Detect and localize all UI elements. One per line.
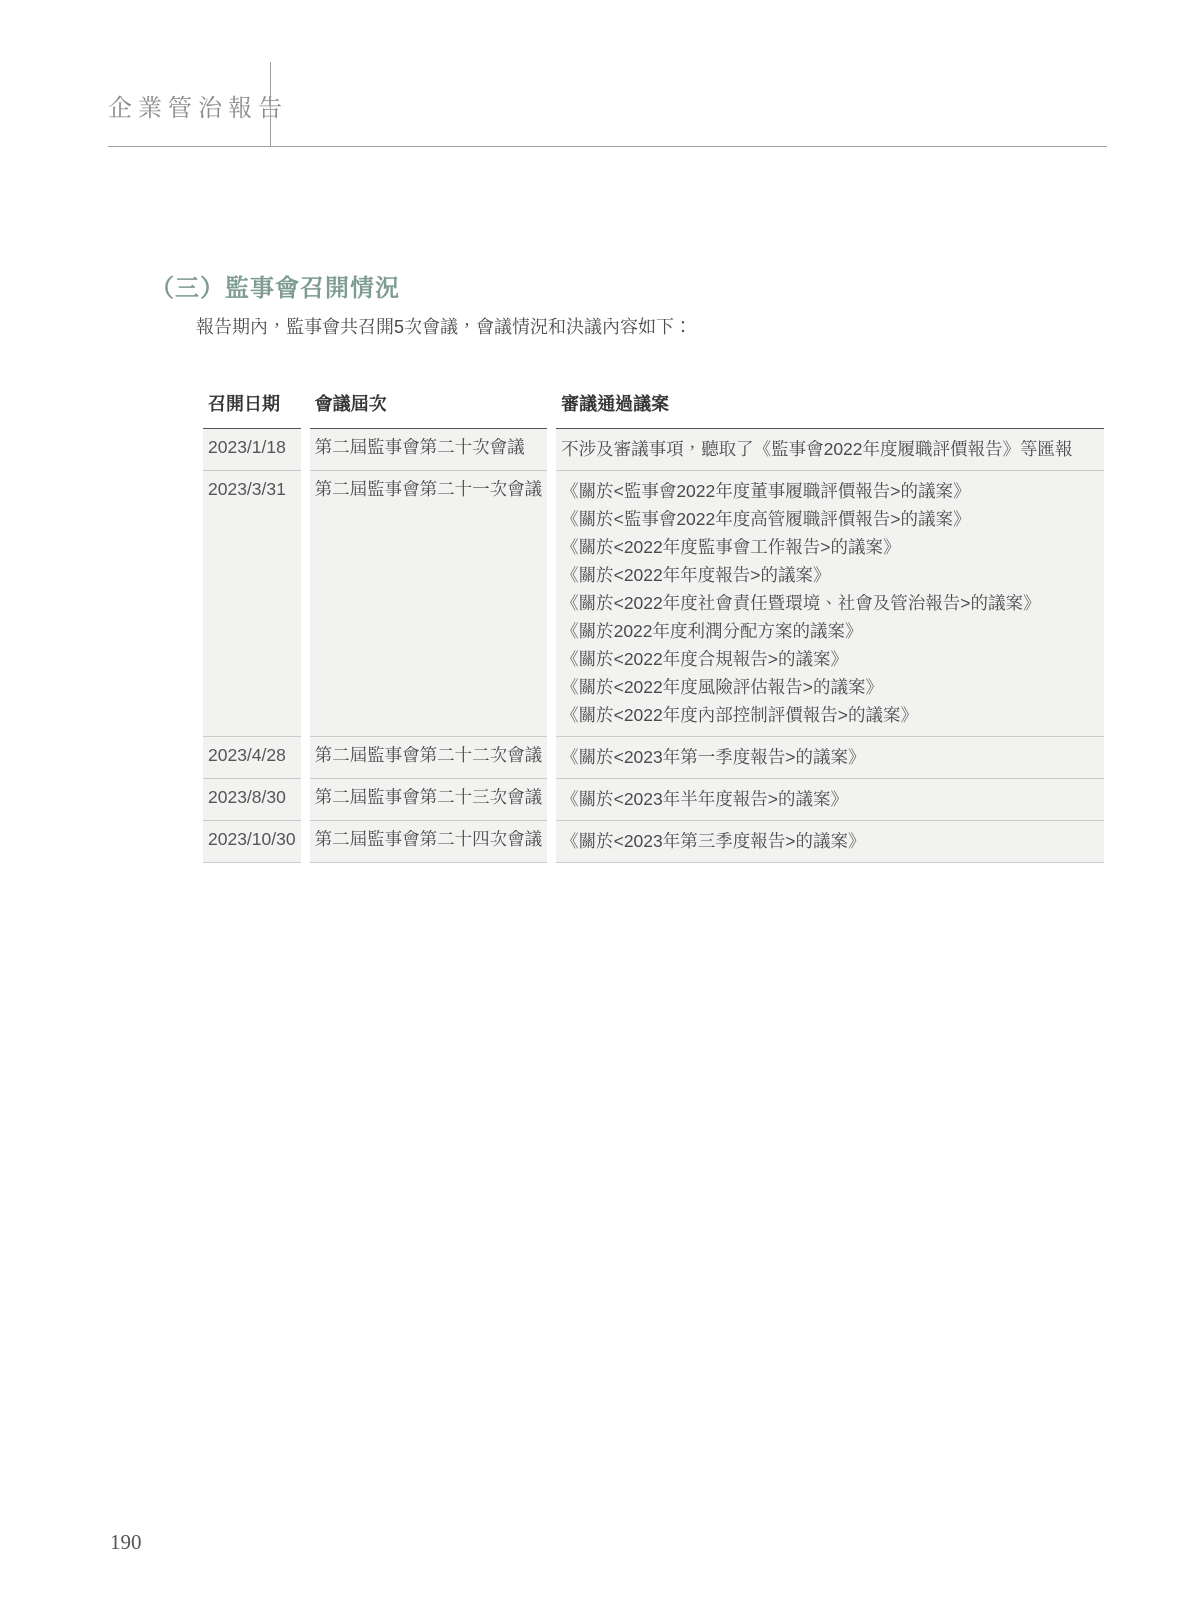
table-row: 2023/4/28 第二屆監事會第二十二次會議 《關於<2023年第一季度報告>… — [203, 737, 1104, 779]
resolution-item: 《關於<2022年度風險評估報告>的議案》 — [561, 673, 1099, 701]
section-title: （三）監事會召開情況 — [150, 268, 400, 303]
col-header-resolutions: 審議通過議案 — [556, 384, 1104, 429]
meeting-date: 2023/3/31 — [203, 471, 301, 737]
header-vertical-divider — [270, 62, 271, 147]
resolution-item: 《關於<2022年年度報告>的議案》 — [561, 561, 1099, 589]
meeting-resolutions: 《關於<2023年第三季度報告>的議案》 — [556, 821, 1104, 863]
table-row: 2023/1/18 第二屆監事會第二十次會議 不涉及審議事項，聽取了《監事會20… — [203, 429, 1104, 471]
document-page: 企業管治報告 （三）監事會召開情況 報告期內，監事會共召開5次會議，會議情況和決… — [0, 0, 1190, 1615]
col-header-session: 會議屆次 — [310, 384, 548, 429]
resolution-item: 《關於<2022年度監事會工作報告>的議案》 — [561, 533, 1099, 561]
resolution-item: 《關於<監事會2022年度高管履職評價報告>的議案》 — [561, 505, 1099, 533]
table-row: 2023/10/30 第二屆監事會第二十四次會議 《關於<2023年第三季度報告… — [203, 821, 1104, 863]
meeting-resolutions: 《關於<2023年第一季度報告>的議案》 — [556, 737, 1104, 779]
resolution-item: 《關於<2022年度內部控制評價報告>的議案》 — [561, 701, 1099, 729]
header-horizontal-divider — [108, 146, 1107, 147]
col-header-date: 召開日期 — [203, 384, 301, 429]
page-number: 190 — [110, 1530, 142, 1555]
meeting-session: 第二屆監事會第二十二次會議 — [310, 737, 548, 779]
resolution-item: 《關於<2023年第三季度報告>的議案》 — [561, 827, 1099, 855]
resolution-item: 《關於<2023年半年度報告>的議案》 — [561, 785, 1099, 813]
resolution-item: 《關於<2023年第一季度報告>的議案》 — [561, 743, 1099, 771]
resolution-item: 《關於<2022年度社會責任暨環境、社會及管治報告>的議案》 — [561, 589, 1099, 617]
resolution-item: 《關於<監事會2022年度董事履職評價報告>的議案》 — [561, 477, 1099, 505]
resolution-item: 《關於<2022年度合規報告>的議案》 — [561, 645, 1099, 673]
table-row: 2023/3/31 第二屆監事會第二十一次會議 《關於<監事會2022年度董事履… — [203, 471, 1104, 737]
meeting-date: 2023/8/30 — [203, 779, 301, 821]
resolution-item: 《關於2022年度利潤分配方案的議案》 — [561, 617, 1099, 645]
meeting-resolutions: 《關於<2023年半年度報告>的議案》 — [556, 779, 1104, 821]
meetings-table: 召開日期 會議屆次 審議通過議案 2023/1/18 第二屆監事會第二十次會議 … — [194, 384, 1113, 863]
report-title: 企業管治報告 — [108, 88, 288, 123]
meeting-date: 2023/10/30 — [203, 821, 301, 863]
meeting-resolutions: 《關於<監事會2022年度董事履職評價報告>的議案》 《關於<監事會2022年度… — [556, 471, 1104, 737]
meeting-session: 第二屆監事會第二十次會議 — [310, 429, 548, 471]
meeting-session: 第二屆監事會第二十四次會議 — [310, 821, 548, 863]
table-header-row: 召開日期 會議屆次 審議通過議案 — [203, 384, 1104, 429]
table-row: 2023/8/30 第二屆監事會第二十三次會議 《關於<2023年半年度報告>的… — [203, 779, 1104, 821]
section-intro: 報告期內，監事會共召開5次會議，會議情況和決議內容如下： — [196, 315, 692, 339]
meeting-session: 第二屆監事會第二十一次會議 — [310, 471, 548, 737]
meeting-resolutions: 不涉及審議事項，聽取了《監事會2022年度履職評價報告》等匯報 — [556, 429, 1104, 471]
meeting-date: 2023/1/18 — [203, 429, 301, 471]
meeting-date: 2023/4/28 — [203, 737, 301, 779]
resolution-item: 不涉及審議事項，聽取了《監事會2022年度履職評價報告》等匯報 — [561, 435, 1099, 463]
meeting-session: 第二屆監事會第二十三次會議 — [310, 779, 548, 821]
